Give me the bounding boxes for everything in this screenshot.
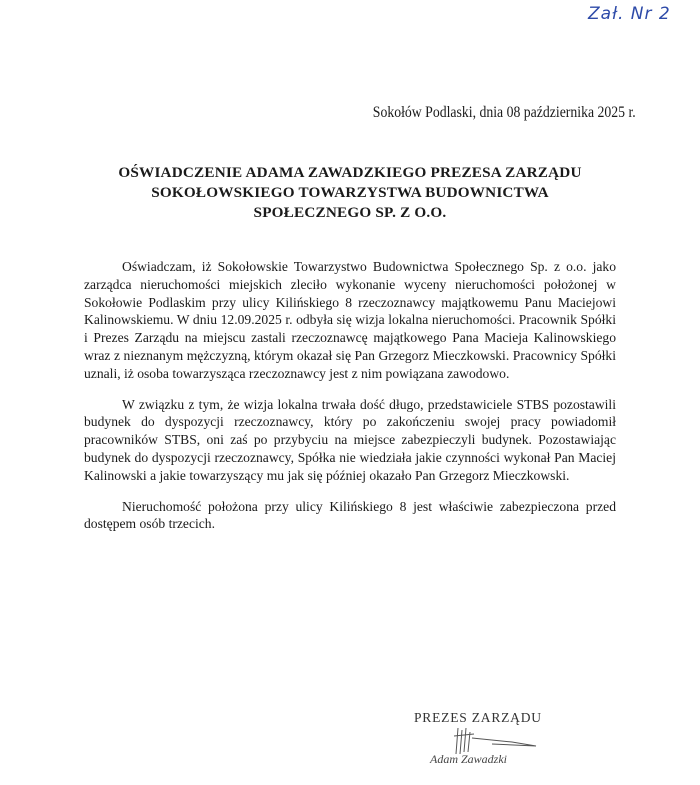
paragraph: Nieruchomość położona przy ulicy Kilińsk…: [84, 498, 616, 534]
title-line: SPOŁECZNEGO SP. Z O.O.: [90, 203, 610, 223]
handwritten-annotation: Zał. Nr 2: [588, 4, 671, 24]
signature-name: Adam Zawadzki: [430, 752, 507, 767]
paragraph: W związku z tym, że wizja lokalna trwała…: [84, 396, 616, 485]
title-line: OŚWIADCZENIE ADAMA ZAWADZKIEGO PREZESA Z…: [90, 163, 610, 183]
document-title: OŚWIADCZENIE ADAMA ZAWADZKIEGO PREZESA Z…: [90, 163, 610, 223]
document-body: Oświadczam, iż Sokołowskie Towarzystwo B…: [84, 258, 616, 546]
title-line: SOKOŁOWSKIEGO TOWARZYSTWA BUDOWNICTWA: [90, 183, 610, 203]
place-and-date: Sokołów Podlaski, dnia 08 października 2…: [373, 104, 636, 122]
paragraph: Oświadczam, iż Sokołowskie Towarzystwo B…: [84, 258, 616, 383]
